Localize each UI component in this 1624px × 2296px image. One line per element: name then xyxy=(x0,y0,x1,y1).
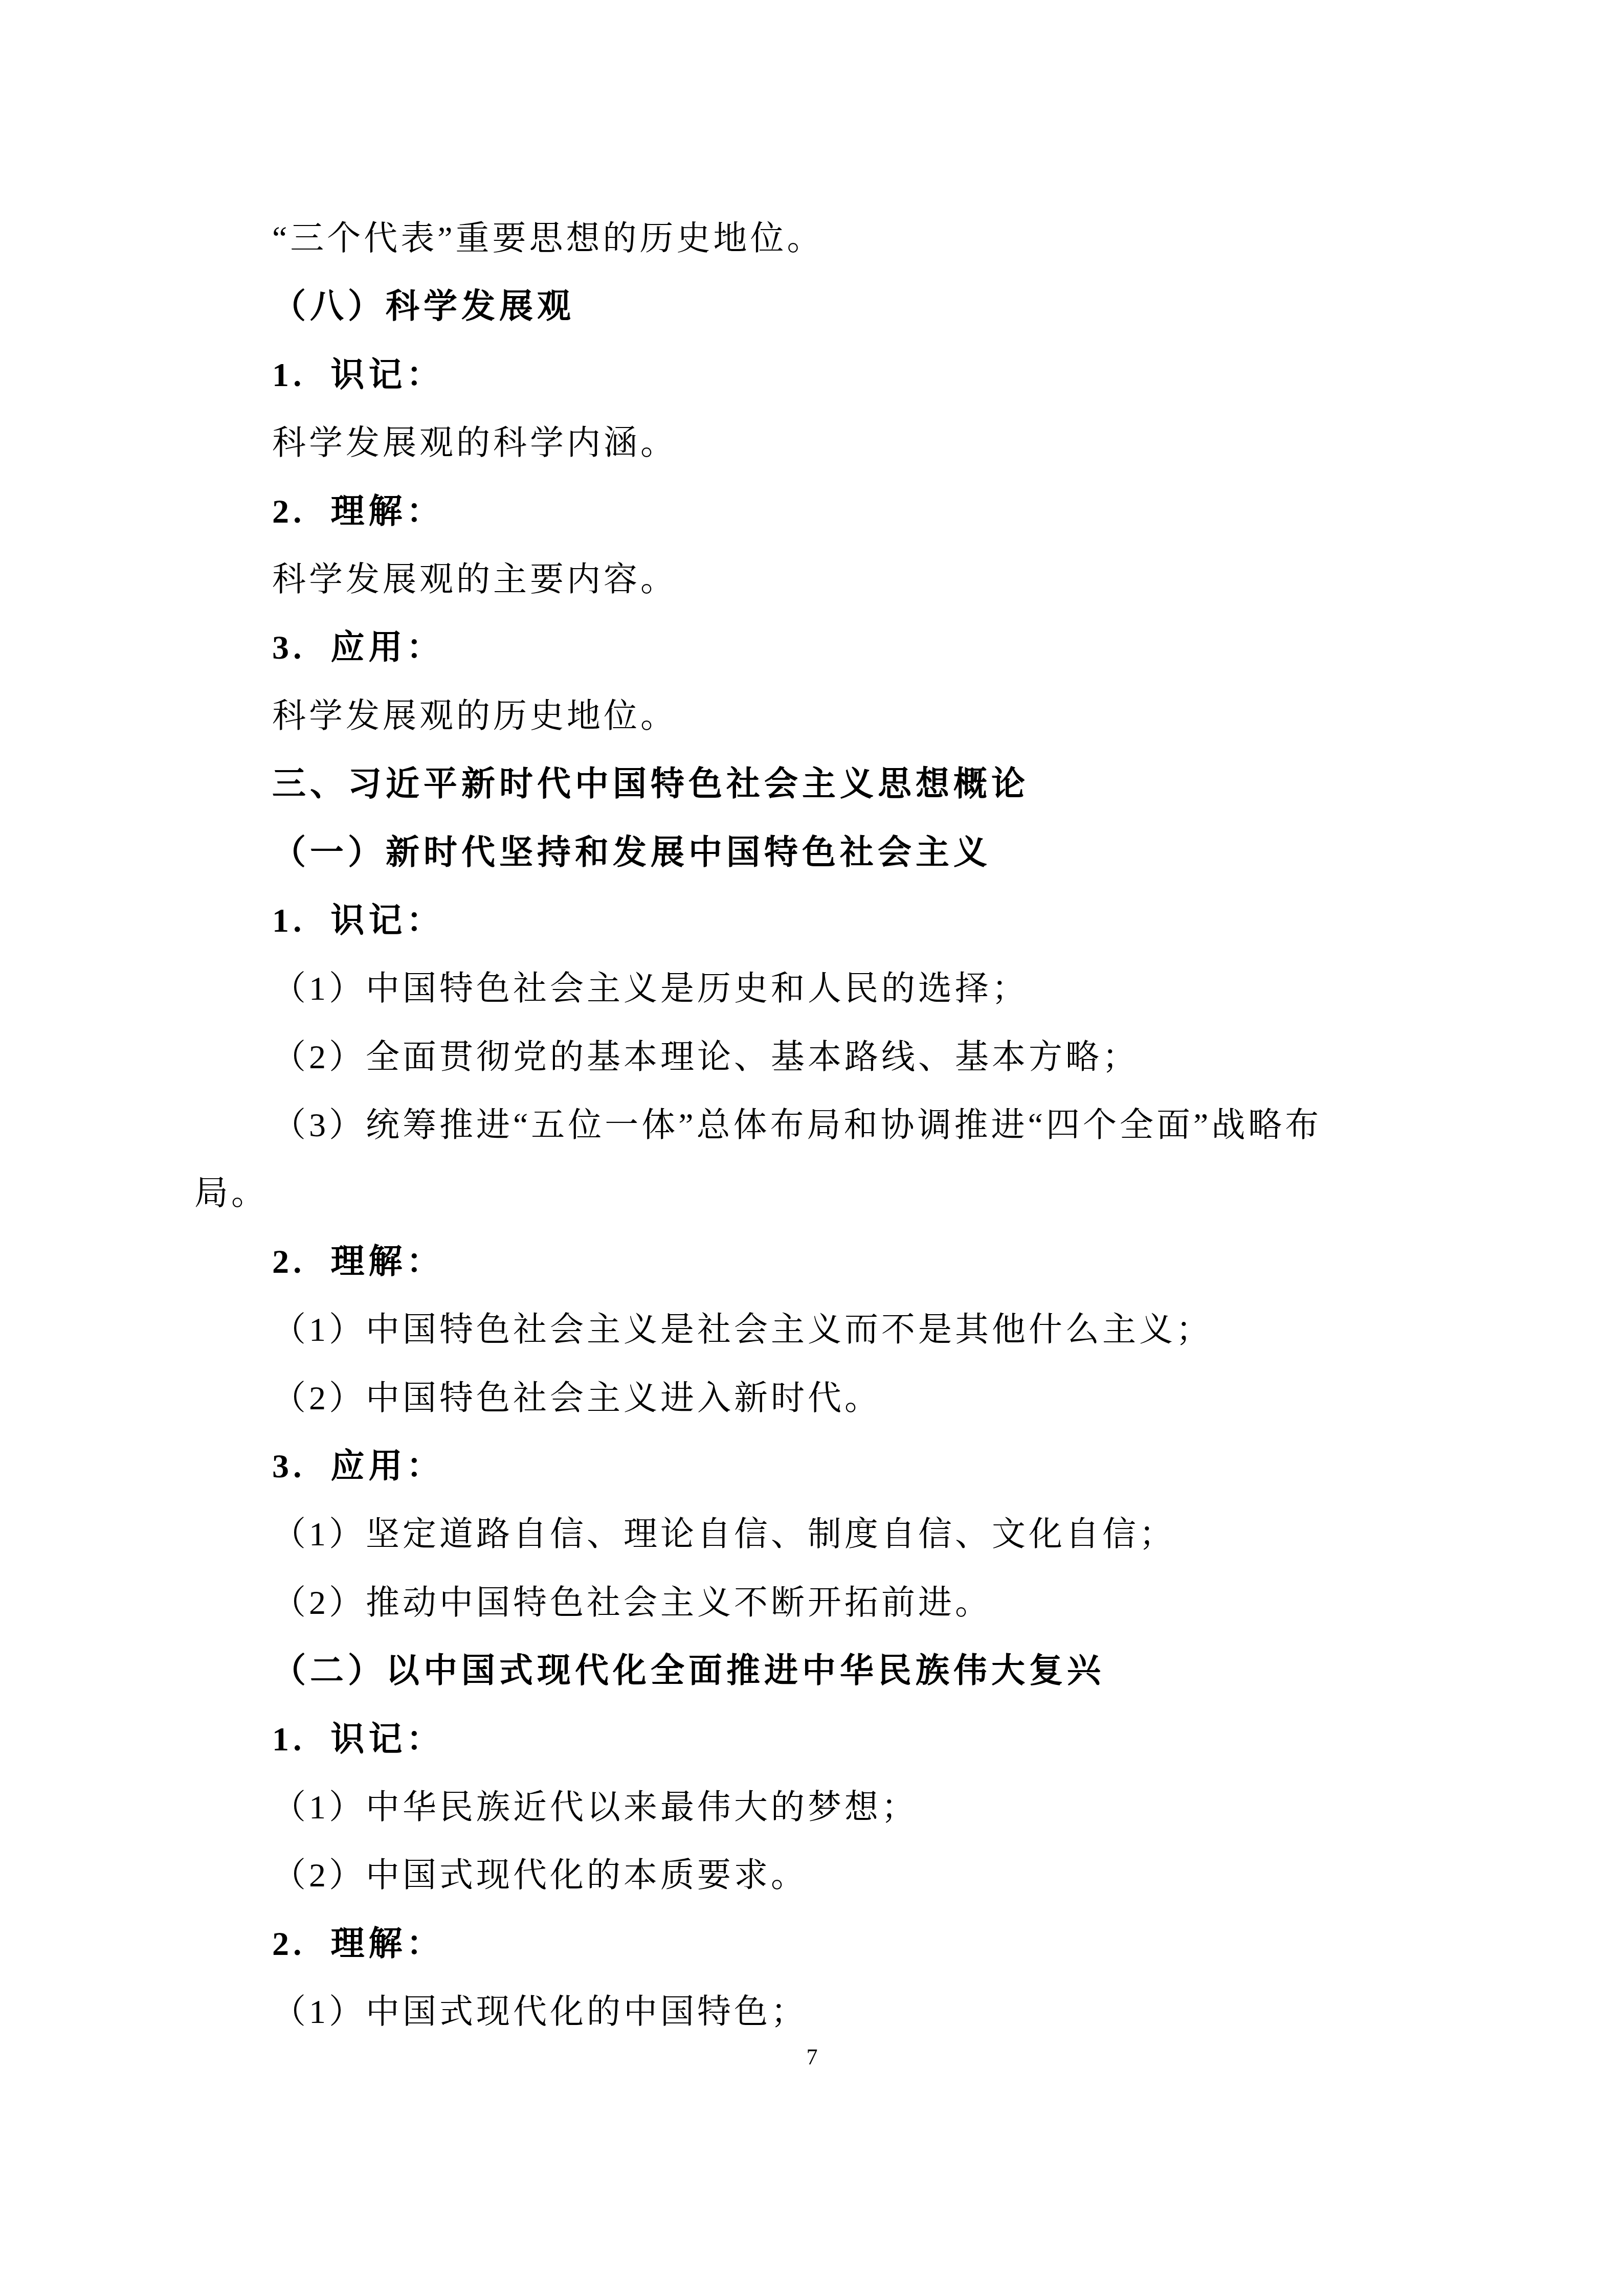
body-line: （2）全面贯彻党的基本理论、基本路线、基本方略； xyxy=(194,1023,1437,1091)
body-line: （1）坚定道路自信、理论自信、制度自信、文化自信； xyxy=(194,1500,1437,1568)
subheading: （八）科学发展观 xyxy=(194,273,1437,341)
item-heading: 2. 理解： xyxy=(194,478,1437,546)
body-line: 科学发展观的历史地位。 xyxy=(194,682,1437,750)
body-line: （2）中国特色社会主义进入新时代。 xyxy=(194,1364,1437,1432)
body-line: （2）推动中国特色社会主义不断开拓前进。 xyxy=(194,1569,1437,1637)
item-heading: 1. 识记： xyxy=(194,887,1437,955)
item-heading: 2. 理解： xyxy=(194,1910,1437,1978)
body-line: “三个代表”重要思想的历史地位。 xyxy=(194,205,1437,273)
body-line: （1）中国特色社会主义是历史和人民的选择； xyxy=(194,955,1437,1023)
body-line: （1）中国特色社会主义是社会主义而不是其他什么主义； xyxy=(194,1296,1437,1364)
text-block: “三个代表”重要思想的历史地位。（八）科学发展观1. 识记：科学发展观的科学内涵… xyxy=(194,205,1437,2046)
body-line: （1）中华民族近代以来最伟大的梦想； xyxy=(194,1773,1437,1841)
item-heading: 1. 识记： xyxy=(194,341,1437,409)
item-heading: 2. 理解： xyxy=(194,1228,1437,1296)
body-line: （3）统筹推进“五位一体”总体布局和协调推进“四个全面”战略布 xyxy=(194,1091,1437,1159)
section-heading: 三、习近平新时代中国特色社会主义思想概论 xyxy=(194,750,1437,818)
subheading: （二）以中国式现代化全面推进中华民族伟大复兴 xyxy=(194,1637,1437,1705)
page-number: 7 xyxy=(0,2043,1624,2072)
subheading: （一）新时代坚持和发展中国特色社会主义 xyxy=(194,819,1437,887)
document-page: { "page": { "number": "7", "background":… xyxy=(0,0,1624,2296)
body-line: 科学发展观的科学内涵。 xyxy=(194,409,1437,477)
body-line: （1）中国式现代化的中国特色； xyxy=(194,1978,1437,2046)
item-heading: 1. 识记： xyxy=(194,1705,1437,1773)
item-heading: 3. 应用： xyxy=(194,614,1437,682)
body-line: （2）中国式现代化的本质要求。 xyxy=(194,1841,1437,1909)
body-line: 科学发展观的主要内容。 xyxy=(194,546,1437,614)
body-line: 局。 xyxy=(194,1159,1437,1227)
item-heading: 3. 应用： xyxy=(194,1432,1437,1500)
